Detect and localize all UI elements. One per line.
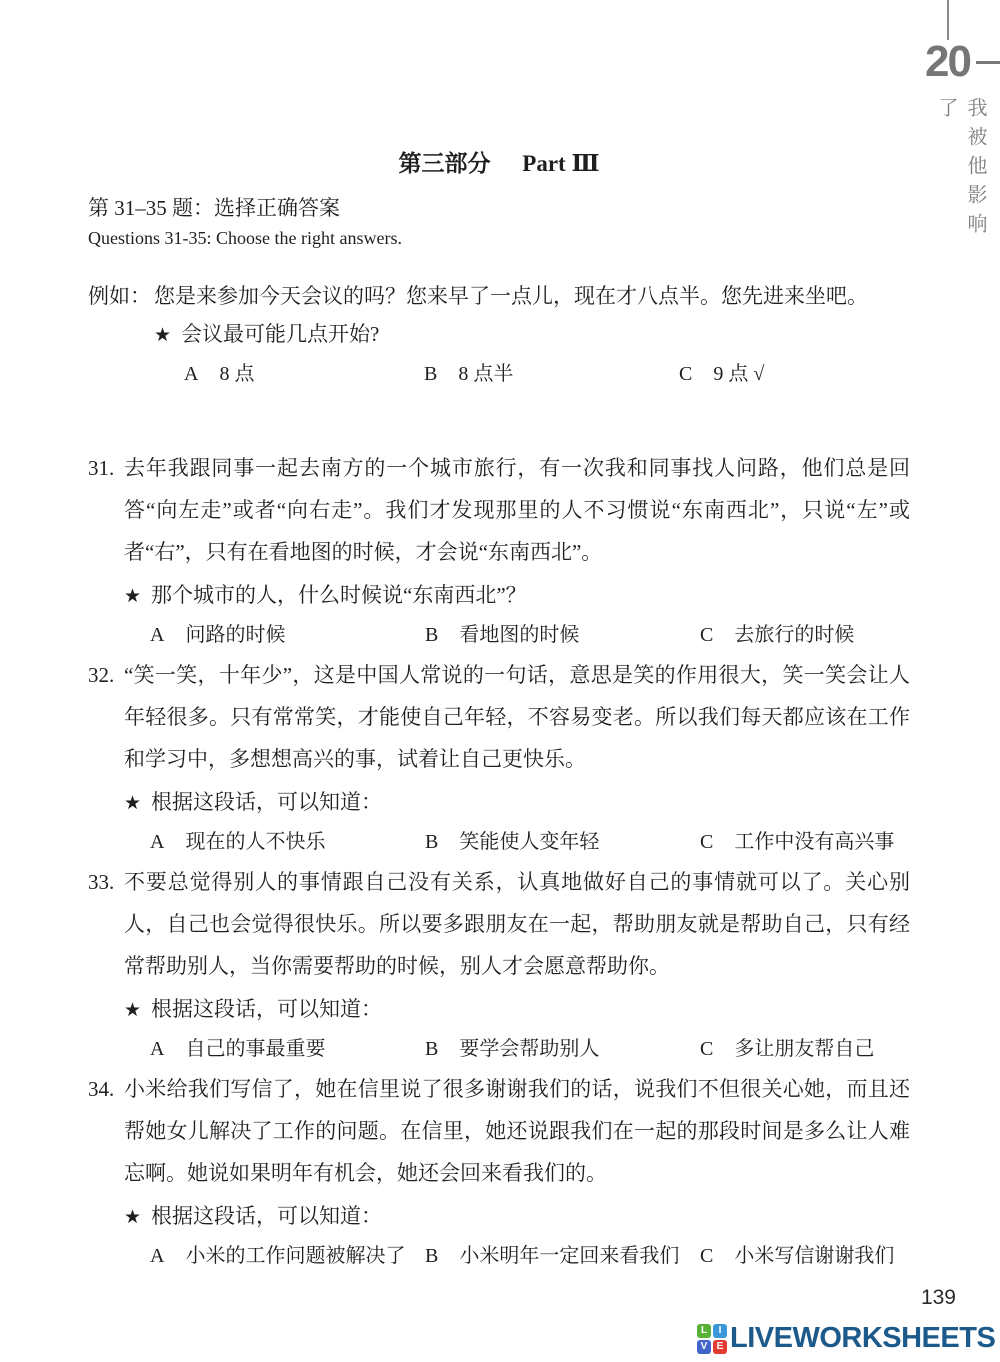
question-passage: 小米给我们写信了，她在信里说了很多谢谢我们的话，说我们不但很关心她，而且还帮她女… [124,1068,910,1194]
star-icon: ★ [124,793,141,814]
example-label: 例如： [88,277,154,315]
option-letter: A [150,616,164,654]
option-letter: B [425,1237,438,1275]
logo-square-e: E [713,1340,727,1354]
option-letter: C [700,1237,713,1275]
question-passage: 不要总觉得别人的事情跟自己没有关系，认真地做好自己的事情就可以了。关心别人，自己… [124,861,910,987]
example-option-c[interactable]: C9 点 √ [679,355,910,393]
question-32: 32. “笑一笑，十年少”，这是中国人常说的一句话，意思是笑的作用很大，笑一笑会… [88,654,910,861]
option-letter: B [425,616,438,654]
question-33: 33. 不要总觉得别人的事情跟自己没有关系，认真地做好自己的事情就可以了。关心别… [88,861,910,1068]
question-prompt: 根据这段话，可以知道： [151,1204,382,1228]
page-number: 139 [921,1286,956,1310]
question-number: 34. [88,1068,124,1194]
option-text: 小米写信谢谢我们 [734,1237,894,1275]
question-31-option-a[interactable]: A问路的时候 [150,616,425,654]
option-letter: C [700,823,713,861]
question-31: 31. 去年我跟同事一起去南方的一个城市旅行，有一次我和同事找人问路，他们总是回… [88,447,910,654]
star-icon: ★ [154,325,171,346]
question-prompt: 根据这段话，可以知道： [151,997,382,1021]
worksheet-content: 第三部分 Part Ⅲ 第 31–35 题：选择正确答案 Questions 3… [88,148,910,1275]
option-letter: B [425,823,438,861]
instructions-chinese: 第 31–35 题：选择正确答案 [88,193,910,223]
question-32-option-a[interactable]: A现在的人不快乐 [150,823,425,861]
question-34-option-a[interactable]: A小米的工作问题被解决了 [150,1237,425,1275]
question-33-options: A自己的事最重要 B要学会帮助别人 C多让朋友帮自己 [88,1030,910,1068]
question-34: 34. 小米给我们写信了，她在信里说了很多谢谢我们的话，说我们不但很关心她，而且… [88,1068,910,1275]
question-passage: “笑一笑，十年少”，这是中国人常说的一句话，意思是笑的作用很大，笑一笑会让人年轻… [124,654,910,780]
option-text: 8 点半 [458,355,513,393]
worksheet-page: 20 我被他影响了 第三部分 Part Ⅲ 第 31–35 题：选择正确答案 Q… [0,0,1000,1362]
liveworksheets-logo[interactable]: L I V E LIVEWORKSHEETS [697,1322,995,1355]
question-32-options: A现在的人不快乐 B笑能使人变年轻 C工作中没有高兴事 [88,823,910,861]
star-icon: ★ [124,1207,141,1228]
question-prompt: 根据这段话，可以知道： [151,790,382,814]
liveworksheets-logo-icon: L I V E [697,1324,727,1354]
chapter-number: 20 [912,40,970,84]
example-block: 例如： 您是来参加今天会议的吗？您来早了一点儿，现在才八点半。您先进来坐吧。 ★… [88,277,910,393]
option-text: 去旅行的时候 [734,616,854,654]
star-icon: ★ [124,586,141,607]
option-letter: C [700,1030,713,1068]
question-33-option-c[interactable]: C多让朋友帮自己 [700,1030,910,1068]
option-letter: C [679,355,692,393]
option-text: 8 点 [219,355,254,393]
option-letter: A [150,823,164,861]
example-option-a[interactable]: A8 点 [184,355,424,393]
example-text: 您是来参加今天会议的吗？您来早了一点儿，现在才八点半。您先进来坐吧。 [154,277,910,315]
logo-square-i: I [713,1324,727,1338]
section-title-chinese: 第三部分 [399,151,491,176]
option-text: 看地图的时候 [459,616,579,654]
question-33-option-b[interactable]: B要学会帮助别人 [425,1030,700,1068]
option-text: 自己的事最重要 [185,1030,325,1068]
option-text: 工作中没有高兴事 [734,823,894,861]
question-number: 33. [88,861,124,987]
option-letter: B [425,1030,438,1068]
chapter-tab-horizontal-rule [976,61,1000,64]
option-text: 小米的工作问题被解决了 [185,1237,405,1275]
star-icon: ★ [124,1000,141,1021]
logo-square-l: L [697,1324,711,1338]
question-31-option-c[interactable]: C去旅行的时候 [700,616,910,654]
question-31-options: A问路的时候 B看地图的时候 C去旅行的时候 [88,616,910,654]
instructions-english: Questions 31-35: Choose the right answer… [88,226,910,251]
question-32-option-b[interactable]: B笑能使人变年轻 [425,823,700,861]
question-32-option-c[interactable]: C工作中没有高兴事 [700,823,910,861]
option-letter: A [150,1237,164,1275]
question-passage: 去年我跟同事一起去南方的一个城市旅行，有一次我和同事找人问路，他们总是回答“向左… [124,447,910,573]
question-number: 32. [88,654,124,780]
question-31-option-b[interactable]: B看地图的时候 [425,616,700,654]
example-options: A8 点 B8 点半 C9 点 √ [88,355,910,393]
option-text: 现在的人不快乐 [185,823,325,861]
chapter-title-vertical: 我被他影响了 [932,97,990,260]
example-option-b[interactable]: B8 点半 [424,355,679,393]
option-text: 要学会帮助别人 [459,1030,599,1068]
section-title: 第三部分 Part Ⅲ [88,148,910,180]
question-34-option-b[interactable]: B小米明年一定回来看我们 [425,1237,700,1275]
question-34-options: A小米的工作问题被解决了 B小米明年一定回来看我们 C小米写信谢谢我们 [88,1237,910,1275]
option-text: 多让朋友帮自己 [734,1030,874,1068]
option-text: 9 点 √ [713,355,764,393]
option-letter: C [700,616,713,654]
question-33-option-a[interactable]: A自己的事最重要 [150,1030,425,1068]
example-question: 会议最可能几点开始? [181,322,379,346]
question-prompt: 那个城市的人，什么时候说“东南西北”？ [151,583,527,607]
option-letter: A [150,1030,164,1068]
logo-square-v: V [697,1340,711,1354]
chapter-tab-vertical-rule [947,0,949,40]
liveworksheets-wordmark: LIVEWORKSHEETS [730,1322,995,1355]
option-letter: B [424,355,437,393]
question-34-option-c[interactable]: C小米写信谢谢我们 [700,1237,910,1275]
option-text: 问路的时候 [185,616,285,654]
option-text: 笑能使人变年轻 [459,823,599,861]
option-text: 小米明年一定回来看我们 [459,1237,679,1275]
section-title-english: Part Ⅲ [522,151,599,176]
option-letter: A [184,355,198,393]
question-number: 31. [88,447,124,573]
